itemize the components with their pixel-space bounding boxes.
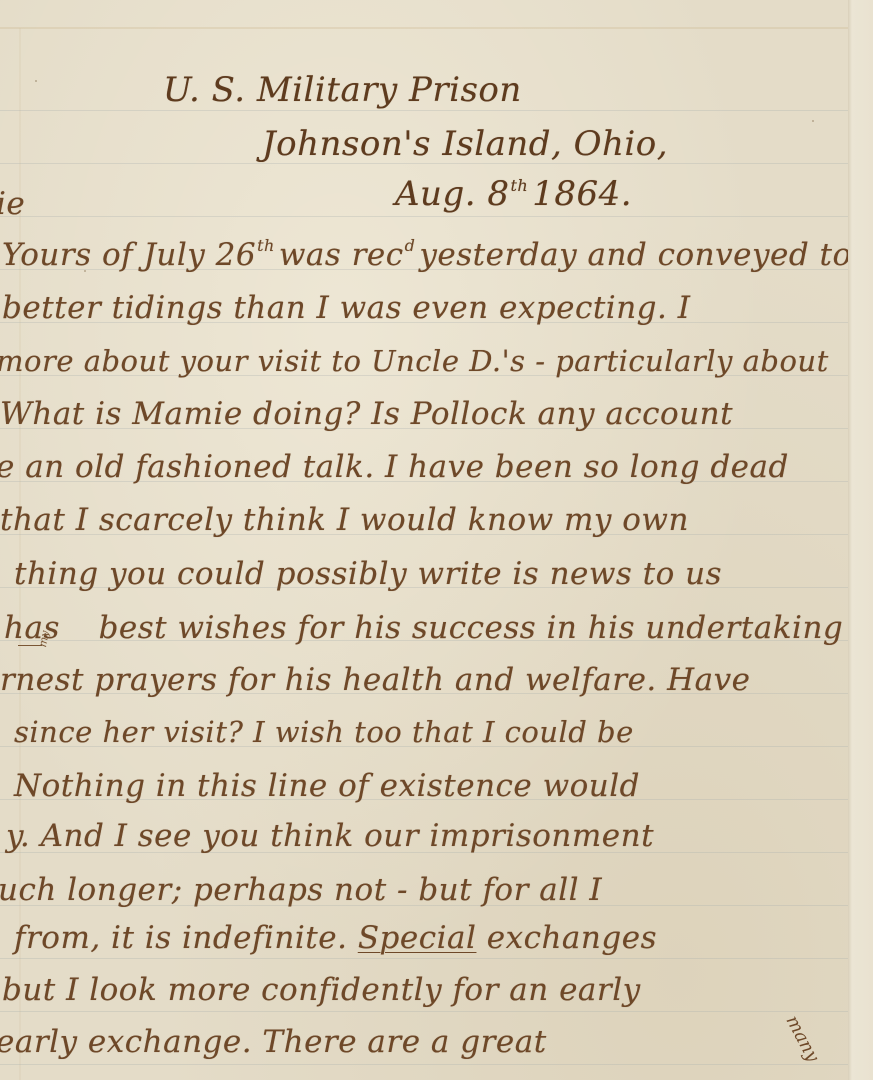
ruled-line: [0, 1064, 848, 1065]
line-text: yesterday and conveyed to: [419, 237, 851, 273]
line-text: from, it is indefinite.: [14, 920, 358, 956]
heading-place-line2: Johnson's Island, Ohio,: [262, 124, 668, 164]
letter-line-15: but I look more confidently for an early: [2, 972, 641, 1008]
date-year: 1864.: [532, 174, 632, 214]
letter-line-16: early exchange. There are a great: [0, 1024, 547, 1060]
letter-line-2: better tidings than I was even expecting…: [2, 290, 690, 326]
line-text: best wishes for his success in his under…: [99, 610, 844, 646]
line-text: was rec: [279, 237, 404, 273]
ruled-line: [0, 216, 848, 217]
line-text: exchanges: [476, 920, 657, 956]
letter-line-12: y. And I see you think our imprisonment: [6, 818, 654, 854]
line-text: has: [4, 610, 60, 646]
insertion-caret: [18, 645, 42, 646]
letter-line-14: from, it is indefinite. Special exchange…: [14, 920, 657, 956]
letter-line-10: since her visit? I wish too that I could…: [14, 715, 634, 749]
ruled-line: [0, 1011, 848, 1012]
superscript: d: [405, 236, 416, 255]
letter-line-11: Nothing in this line of existence would: [14, 768, 640, 804]
ruled-line: [0, 958, 848, 959]
line-text: Yours of July 26: [2, 237, 256, 273]
salutation-fragment: ie: [0, 186, 25, 222]
letter-line-3: more about your visit to Uncle D.'s - pa…: [0, 344, 829, 378]
marginal-note: many: [781, 1012, 823, 1066]
letter-line-7: thing you could possibly write is news t…: [14, 556, 722, 592]
heading-place-line1: U. S. Military Prison: [163, 70, 522, 110]
heading-date: Aug. 8th1864.: [395, 174, 632, 214]
letter-line-13: uch longer; perhaps not - but for all I: [0, 872, 602, 908]
superscript: th: [257, 236, 275, 255]
paper-speck: [812, 120, 814, 122]
paper-speck: [35, 80, 37, 82]
ruled-line: [0, 110, 848, 111]
paper-fold-horizontal: [0, 27, 848, 29]
letter-line-1: Yours of July 26thwas recdyesterday and …: [2, 236, 852, 273]
letter-line-4: What is Mamie doing? Is Pollock any acco…: [0, 396, 733, 432]
underlined-word: Special: [358, 920, 477, 956]
mat-border: [848, 0, 873, 1080]
letter-line-8: has best wishes for his success in his u…: [4, 610, 843, 646]
letter-line-9: rnest prayers for his health and welfare…: [0, 662, 751, 698]
date-month-day: Aug. 8: [395, 174, 509, 214]
letter-paper: U. S. Military Prison Johnson's Island, …: [0, 0, 848, 1080]
date-superscript: th: [510, 176, 528, 195]
letter-line-5: e an old fashioned talk. I have been so …: [0, 449, 789, 485]
letter-line-6: that I scarcely think I would know my ow…: [0, 502, 689, 538]
